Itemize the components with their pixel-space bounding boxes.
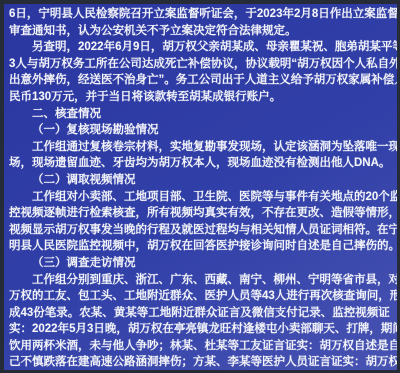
text-line: 3人与胡万权务工所在公司达成死亡补偿协议，协议载明“胡万权因个人私自外 xyxy=(9,56,390,73)
text-line: 6日，宁明县人民检察院召开立案监督听证会，于2023年2月8日作出立案监督 xyxy=(9,6,390,23)
text-line: 工作组对小卖部、工地项目部、卫生院、医院等与事件有关地点的20个监 xyxy=(9,189,390,206)
text-line: （二）调取视频情况 xyxy=(9,172,390,189)
text-line: （三）调查走访情况 xyxy=(9,255,390,272)
text-line: 实：2022年5月3日晚，胡万权在亭亮镇龙旺村逢楼屯小卖部聊天、打牌，期间 xyxy=(9,321,390,338)
text-line: 二、核查情况 xyxy=(9,106,390,123)
text-line: 场，现场遗留血迹、牙齿均为胡万权本人，现场血迹没有检测出他人DNA。 xyxy=(9,155,390,172)
document-body: 6日，宁明县人民检察院召开立案监督听证会，于2023年2月8日作出立案监督审查通… xyxy=(4,4,397,370)
text-line: 视频显示胡万权事发当晚的行程及就医过程均与相关知情人员证词相符。在宁 xyxy=(9,222,390,239)
text-line: 另查明，2022年6月9日，胡万权父亲胡某成、母亲瞿某祝、胞弟胡某平等 xyxy=(9,39,390,56)
text-line: 控视频逐帧进行检索核查，所有视频均真实有效，不存在更改、造假等情形， xyxy=(9,205,390,222)
text-line: 万权的工友、包工头、工地附近群众、医护人员等43人进行再次核查询问，形 xyxy=(9,288,390,305)
text-line: 明县人民医院监控视频中，胡万权在回答医护接诊询问时自述是自己摔伤的。 xyxy=(9,238,390,255)
text-line: 成43份笔录。农某、黄某等工地附近群众证言及微信支付记录、监控视频证 xyxy=(9,305,390,322)
text-line: 己不慎跌落在建高速公路涵洞摔伤；方某、李某等医护人员证言证实：胡万权 xyxy=(9,354,390,370)
text-line: 饮用两杯米酒，未与他人争吵；林某、杜某等工友证言证实：胡万权自述是自 xyxy=(9,338,390,355)
text-line: 出意外摔伤，经送医不治身亡”。务工公司出于人道主义给予胡万权家属补偿人 xyxy=(9,72,390,89)
text-line: 工作组分别到重庆、浙江、广东、西藏、南宁、柳州、宁明等省市县，对胡 xyxy=(9,272,390,289)
text-line: 民币130万元，并于当日将该款转至胡某成银行账户。 xyxy=(9,89,390,106)
text-line: 审查通知书，认为公安机关不予立案决定符合法律规定。 xyxy=(9,23,390,40)
document-page: 6日，宁明县人民检察院召开立案监督听证会，于2023年2月8日作出立案监督审查通… xyxy=(0,0,400,373)
text-line: （一）复核现场勘验情况 xyxy=(9,122,390,139)
text-line: 工作组通过复核卷宗材料，实地复勘事发现场，认定该涵洞为坠落唯一现 xyxy=(9,139,390,156)
